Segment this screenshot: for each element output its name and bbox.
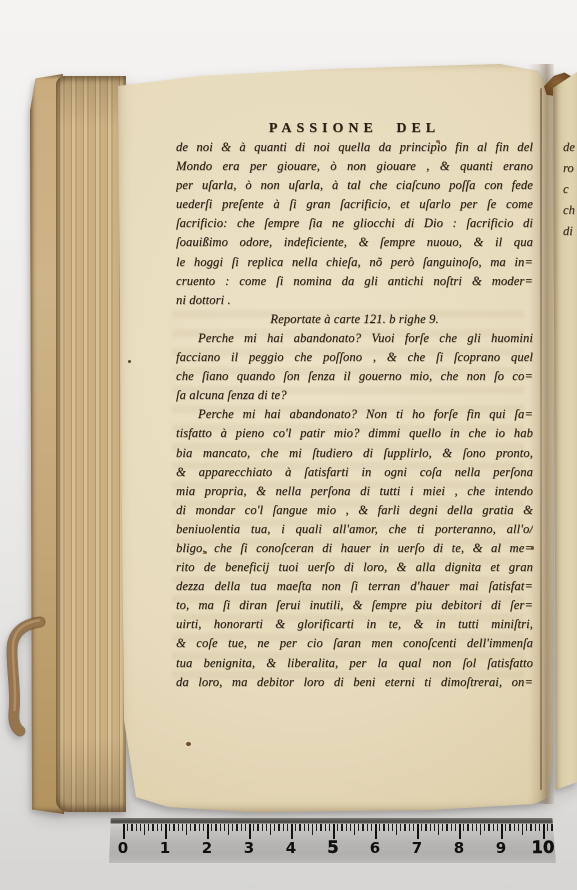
ruler-tick <box>341 824 342 831</box>
ruler-tick <box>346 824 347 831</box>
foxing-spot <box>186 742 191 746</box>
ruler-tick <box>274 824 275 831</box>
ruler-tick <box>299 824 300 831</box>
ruler-tick <box>367 824 368 831</box>
ruler-tick <box>287 824 288 831</box>
ruler-tick <box>497 824 498 831</box>
text-line: beniuolentia tua, i quali all'amor, che … <box>176 520 533 539</box>
ruler-tick <box>417 824 419 839</box>
ruler-tick <box>157 824 158 831</box>
ruler-tick <box>136 824 137 831</box>
text-line: che ſiano quando ſon ſenza il gouerno mi… <box>176 367 533 386</box>
text-line: bia mancato, che mi ſtudiero di ſupplirl… <box>176 444 533 463</box>
ruler-number: 3 <box>244 839 254 857</box>
ruler-tick <box>459 824 461 839</box>
ruler-number: 1 <box>160 839 170 857</box>
ruler-number: 5 <box>327 839 338 857</box>
ruler-tick <box>493 824 494 831</box>
ruler-tick <box>463 824 464 831</box>
ruler-number: 0 <box>118 839 128 857</box>
facing-page-text-fragment: ro <box>563 161 577 181</box>
ruler-tick <box>211 824 212 831</box>
ruler-tick <box>476 824 477 831</box>
ruler-tick <box>262 824 263 831</box>
ruler-tick <box>140 824 141 831</box>
ruler-tick <box>375 824 377 839</box>
ruler-tick <box>194 824 195 831</box>
ruler-tick <box>451 824 452 831</box>
facing-page-text-fragment: ch <box>563 203 577 223</box>
ruler-tick <box>430 824 431 831</box>
ruler-tick <box>400 824 401 831</box>
ruler-tick <box>488 824 489 831</box>
text-line: cruento : come ſi nomina da gli antichi … <box>176 272 533 291</box>
ruler-tick <box>215 824 216 831</box>
ruler-tick <box>383 824 384 831</box>
text-line: & coſe tue, ne per cio ſaran men conoſce… <box>176 634 533 653</box>
text-line: ſoauißimo odore, indeficiente, & ſempre … <box>176 233 533 252</box>
ruler-tick <box>438 824 439 835</box>
ruler-tick <box>522 824 523 835</box>
ruler-tick <box>413 824 414 831</box>
photo-backdrop: PASSIONE DEL de noi & à quanti di noi qu… <box>0 0 577 890</box>
facing-page-text-fragment: c <box>563 182 577 202</box>
ruler-tick <box>551 824 552 831</box>
ruler-tick <box>425 824 426 831</box>
ruler-tick <box>509 824 510 831</box>
facing-page-text-fragment: de <box>563 140 577 160</box>
ruler-tick <box>467 824 468 831</box>
ruler-tick <box>358 824 359 831</box>
ruler-tick <box>329 824 330 831</box>
text-line: le hoggi ſi replica nella chieſa, nõ per… <box>176 253 533 272</box>
ruler-tick <box>379 824 380 831</box>
book: PASSIONE DEL de noi & à quanti di noi qu… <box>0 0 577 890</box>
leather-tie <box>0 600 60 750</box>
ruler-tick <box>203 824 204 831</box>
text-line: ni dottori . <box>176 291 533 310</box>
gutter-crease <box>540 88 542 790</box>
ruler-tick <box>312 824 313 835</box>
text-line: facciano il peggio che poſſono , & che ſ… <box>176 348 533 367</box>
ruler-tick <box>148 824 149 831</box>
ruler-tick <box>123 824 125 839</box>
ruler-tick <box>388 824 389 831</box>
ruler-tick <box>257 824 258 831</box>
ruler-tick <box>514 824 515 831</box>
ruler-tick <box>249 824 251 839</box>
ruler-tick <box>190 824 191 831</box>
ruler-tick <box>316 824 317 831</box>
ruler-tick <box>169 824 170 831</box>
facing-page-text-fragment: di <box>563 224 577 244</box>
text-block: PASSIONE DEL de noi & à quanti di noi qu… <box>176 119 533 692</box>
ruler-tick <box>505 824 506 831</box>
ruler-tick <box>278 824 279 831</box>
ruler-tick <box>539 824 540 831</box>
ruler-tick <box>409 824 410 831</box>
text-line: tisfatto à pieno co'l patir mio? dimmi q… <box>176 424 533 443</box>
ruler-tick <box>446 824 447 831</box>
text-line: ſa alcuna ſenza di te? <box>176 386 533 405</box>
foxing-spot <box>531 546 534 550</box>
ruler-tick <box>182 824 183 831</box>
text-line: di mondar co'l ſangue mio , & farli degn… <box>176 501 533 520</box>
ruler-tick <box>526 824 527 831</box>
ruler-tick <box>404 824 405 831</box>
text-line: bligo, che ſi conoſceran di hauer in uer… <box>176 539 533 558</box>
ruler-number: 2 <box>202 839 212 857</box>
ruler-tick <box>442 824 443 831</box>
running-header: PASSIONE DEL <box>176 119 533 138</box>
ruler-tick <box>207 824 209 839</box>
text-line: ſacrificio: che ſempre ſia ne gliocchi d… <box>176 214 533 233</box>
text-line: dezza della tua maeſta non ſi terran d'h… <box>176 577 533 596</box>
ruler-tick <box>371 824 372 831</box>
ruler-tick <box>270 824 271 835</box>
text-line: & apparecchiato à ſatisfarti in ogni coſ… <box>176 463 533 482</box>
ruler-tick <box>253 824 254 831</box>
ruler-number: 7 <box>412 839 422 857</box>
ruler-tick <box>337 824 338 831</box>
text-line: per uſarla, ò non uſarla, à tal che ciaſ… <box>176 176 533 195</box>
text-line: uederſi preſente à ſi gran ſacrificio, e… <box>176 195 533 214</box>
ruler-tick <box>241 824 242 831</box>
ruler-tick <box>480 824 481 835</box>
ruler-tick <box>455 824 456 831</box>
ruler-tick <box>186 824 187 835</box>
ruler-tick <box>144 824 145 835</box>
text-line: da loro, ma debitor loro di beni eterni … <box>176 673 533 692</box>
ruler-tick <box>325 824 326 831</box>
ruler-tick <box>320 824 321 831</box>
ruler-tick <box>308 824 309 831</box>
ruler-number: 4 <box>286 839 296 857</box>
ruler-tick <box>392 824 393 831</box>
ruler-tick <box>547 824 548 831</box>
text-line: Reportate à carte 121. b righe 9. <box>176 310 533 329</box>
ruler-tick <box>291 824 293 839</box>
text-line: Mondo era per giouare, ò non giouare , &… <box>176 157 533 176</box>
ruler-tick <box>165 824 167 839</box>
ruler-tick <box>535 824 536 831</box>
ruler-tick <box>350 824 351 831</box>
ruler-tick <box>518 824 519 831</box>
ruler-tick <box>434 824 435 831</box>
ruler-ticks: 012345678910 <box>109 818 556 863</box>
ruler-tick <box>173 824 174 831</box>
ruler-tick <box>232 824 233 831</box>
ruler-tick <box>501 824 503 839</box>
ruler-tick <box>161 824 162 831</box>
ruler-tick <box>295 824 296 831</box>
ruler-tick <box>396 824 397 835</box>
ruler-tick <box>236 824 237 831</box>
foxing-spot <box>204 551 207 554</box>
ruler-number: 9 <box>496 839 506 857</box>
facing-page-sliver: derocchdi <box>553 58 577 790</box>
ruler-tick <box>333 824 335 839</box>
text-line: rito de beneficij tuoi uerſo di loro, & … <box>176 558 533 577</box>
ruler-tick <box>127 824 128 831</box>
text-line: Perche mi hai abandonato? Vuoi forſe che… <box>176 329 533 348</box>
ruler-number: 6 <box>370 839 380 857</box>
text-line: Perche mi hai abandonato? Non ti ho forſ… <box>176 405 533 424</box>
ruler-tick <box>304 824 305 831</box>
book-page: PASSIONE DEL de noi & à quanti di noi qu… <box>114 60 560 816</box>
ruler-tick <box>199 824 200 831</box>
ruler-tick <box>354 824 355 835</box>
ruler-tick <box>421 824 422 831</box>
foxing-spot <box>128 360 131 363</box>
ruler-tick <box>228 824 229 835</box>
ruler: 012345678910 <box>109 818 556 863</box>
ruler-tick <box>224 824 225 831</box>
ruler-tick <box>178 824 179 831</box>
page-block-edges <box>56 76 126 812</box>
ruler-tick <box>530 824 531 831</box>
ruler-tick <box>220 824 221 831</box>
ruler-number: 10 <box>532 839 555 857</box>
ruler-tick <box>484 824 485 831</box>
ruler-tick <box>266 824 267 831</box>
ruler-tick <box>543 824 545 839</box>
ruler-tick <box>152 824 153 831</box>
ruler-tick <box>245 824 246 831</box>
ruler-tick <box>283 824 284 831</box>
text-line: de noi & à quanti di noi quella da princ… <box>176 138 533 157</box>
ruler-tick <box>362 824 363 831</box>
text-line: uirti, honorarti & glorificarti in te, &… <box>176 615 533 634</box>
ruler-tick <box>472 824 473 831</box>
foxing-spot <box>436 140 440 143</box>
text-line: to, ma ſi diran ſerui inutili, & ſempre … <box>176 596 533 615</box>
text-line: tua benignita, & liberalita, per la qual… <box>176 654 533 673</box>
ruler-number: 8 <box>454 839 464 857</box>
ruler-tick <box>131 824 132 831</box>
text-line: mia propria, & nella perſona di tutti i … <box>176 482 533 501</box>
